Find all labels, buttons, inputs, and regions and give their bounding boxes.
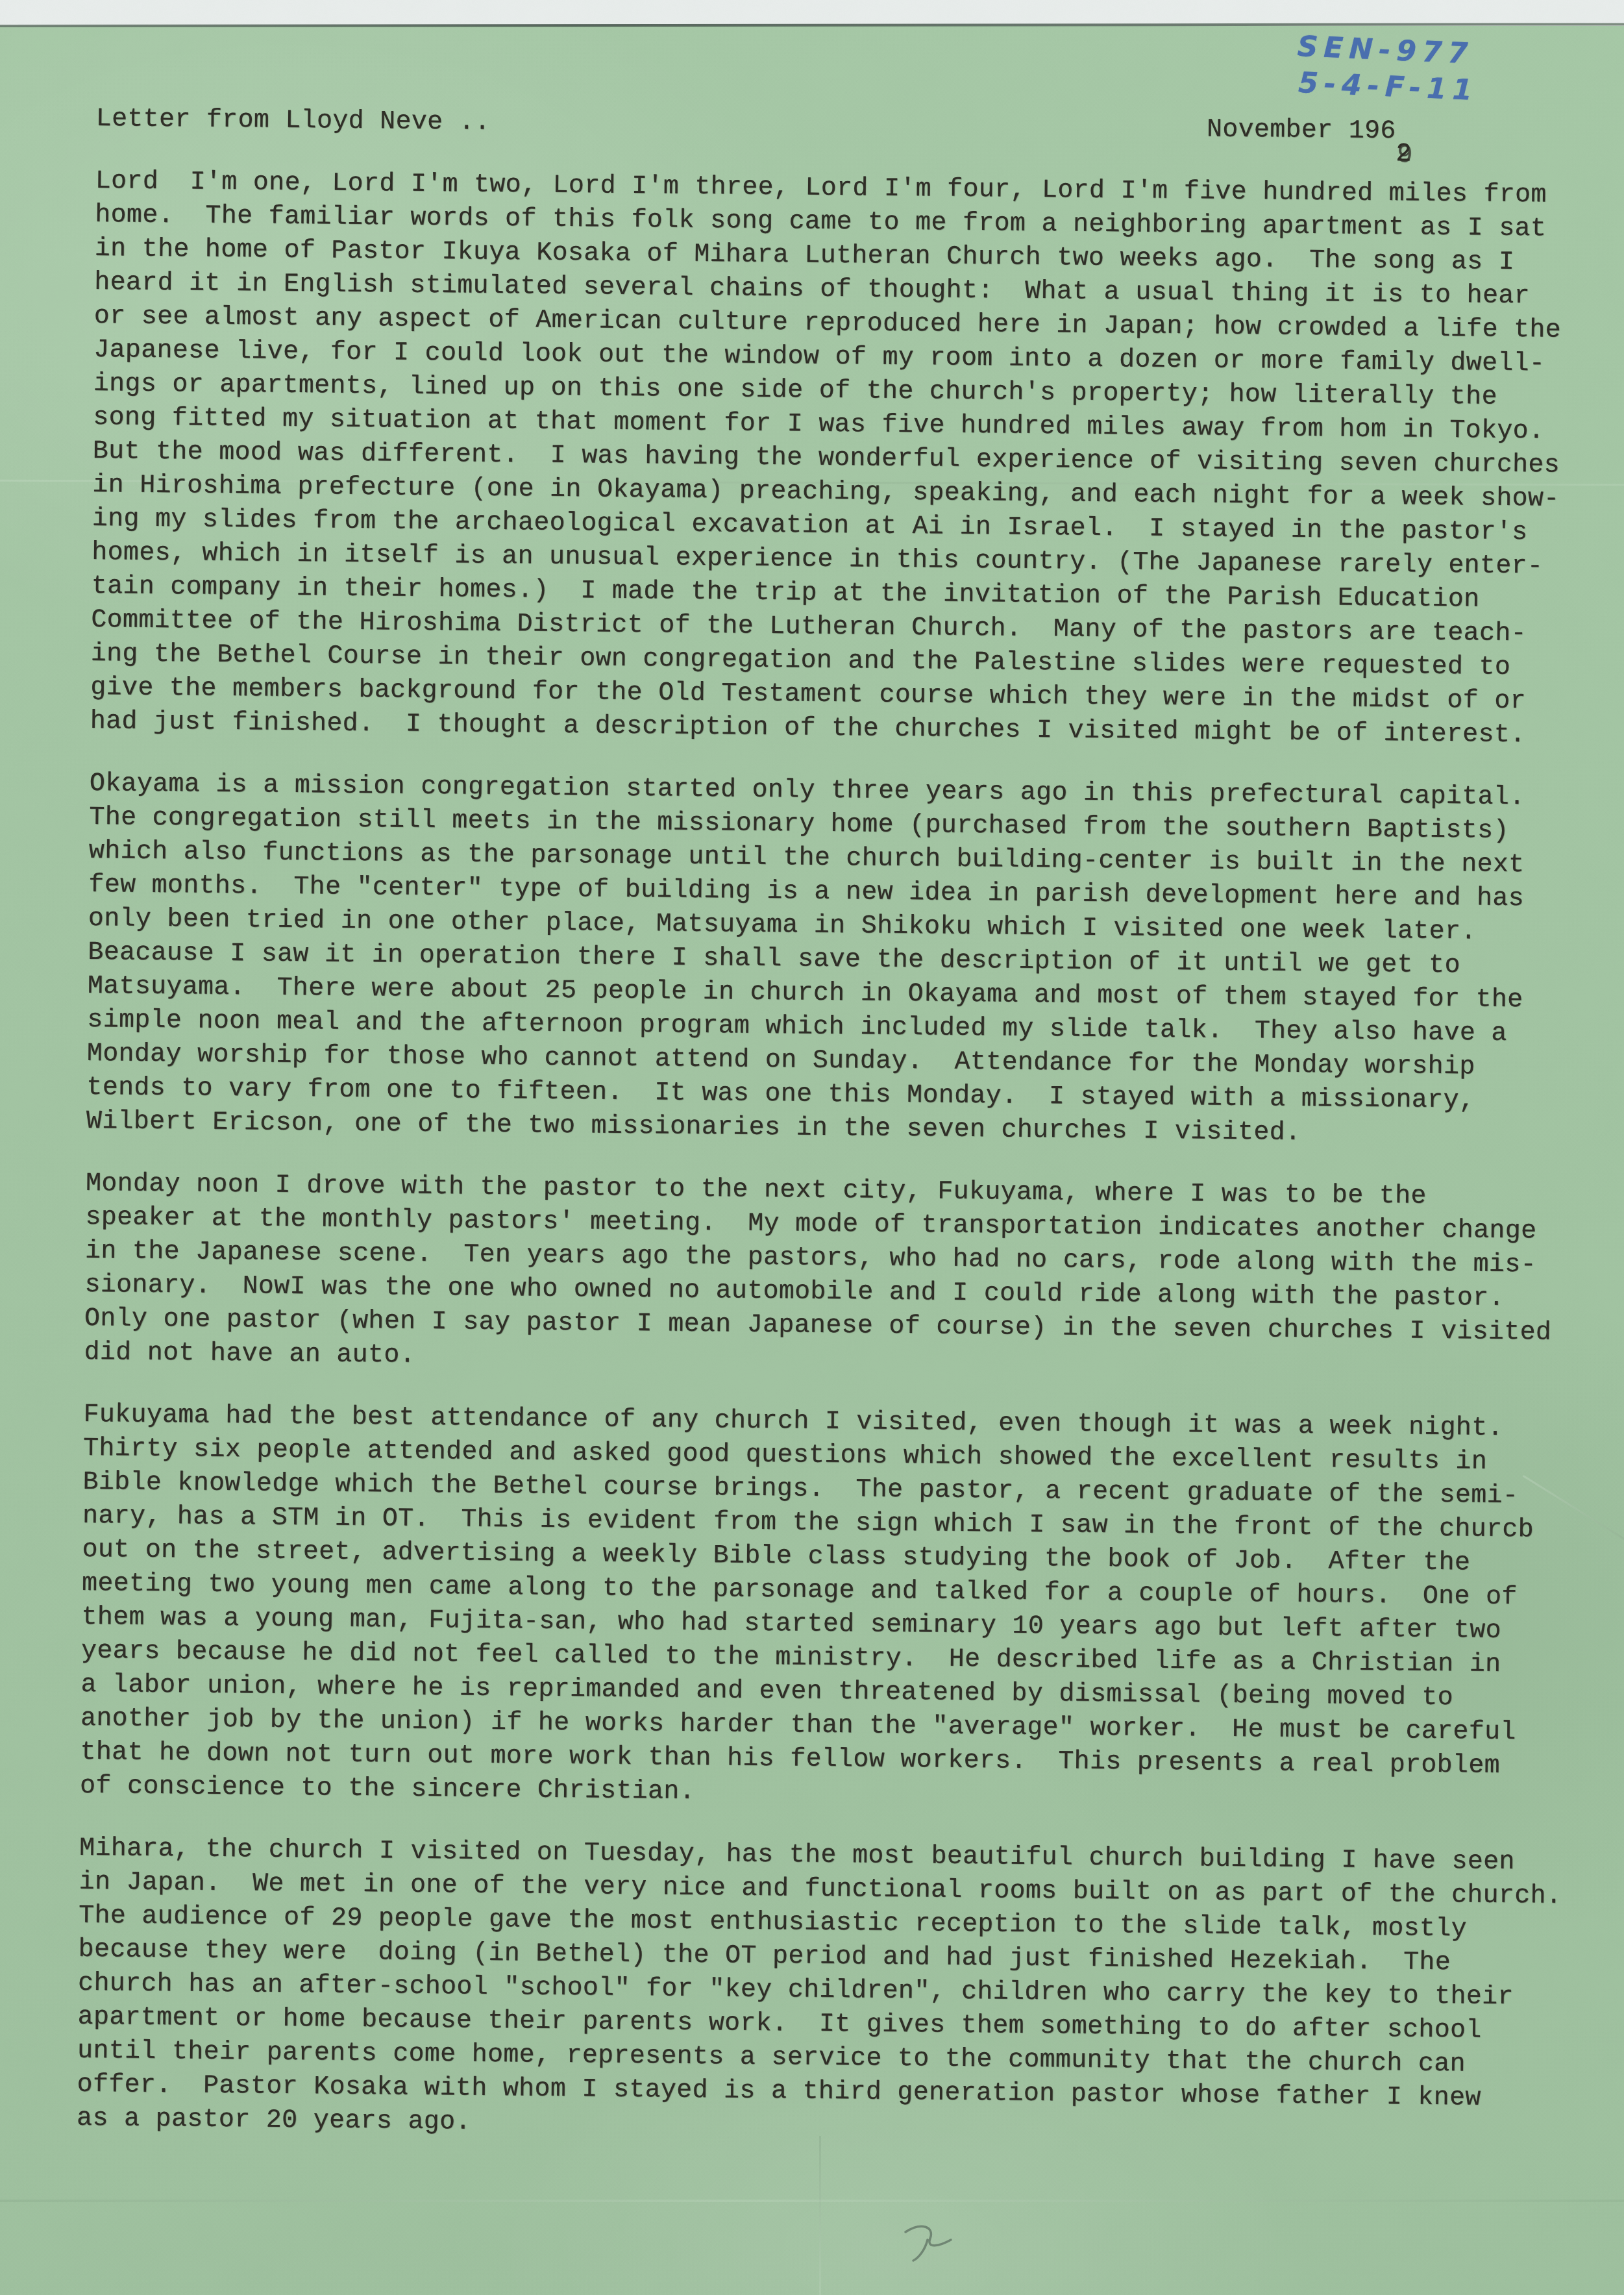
stray-pencil-mark [899, 2220, 957, 2266]
letter-date: November 19692 [1207, 113, 1586, 151]
letter-date-text: November 196 [1207, 115, 1396, 146]
letter-title: Letter from Lloyd Neve .. [96, 103, 491, 140]
letter-body: Letter from Lloyd Neve .. November 19692… [77, 103, 1586, 2150]
letter-paragraph: Monday noon I drove with the pastor to t… [84, 1167, 1575, 1384]
letter-paragraph: Fukuyama had the best attendance of any … [80, 1398, 1573, 1818]
letter-paragraph: Lord I'm one, Lord I'm two, Lord I'm thr… [90, 165, 1585, 753]
letter-paragraph: Mihara, the church I visited on Tuesday,… [77, 1832, 1569, 2150]
letter-paragraph: Okayama is a mission congregation starte… [86, 767, 1579, 1153]
scanned-letter-page: SEN-977 5-4-F-11 Letter from Lloyd Neve … [0, 0, 1624, 2295]
archival-annotation: SEN-977 5-4-F-11 [1295, 29, 1577, 114]
